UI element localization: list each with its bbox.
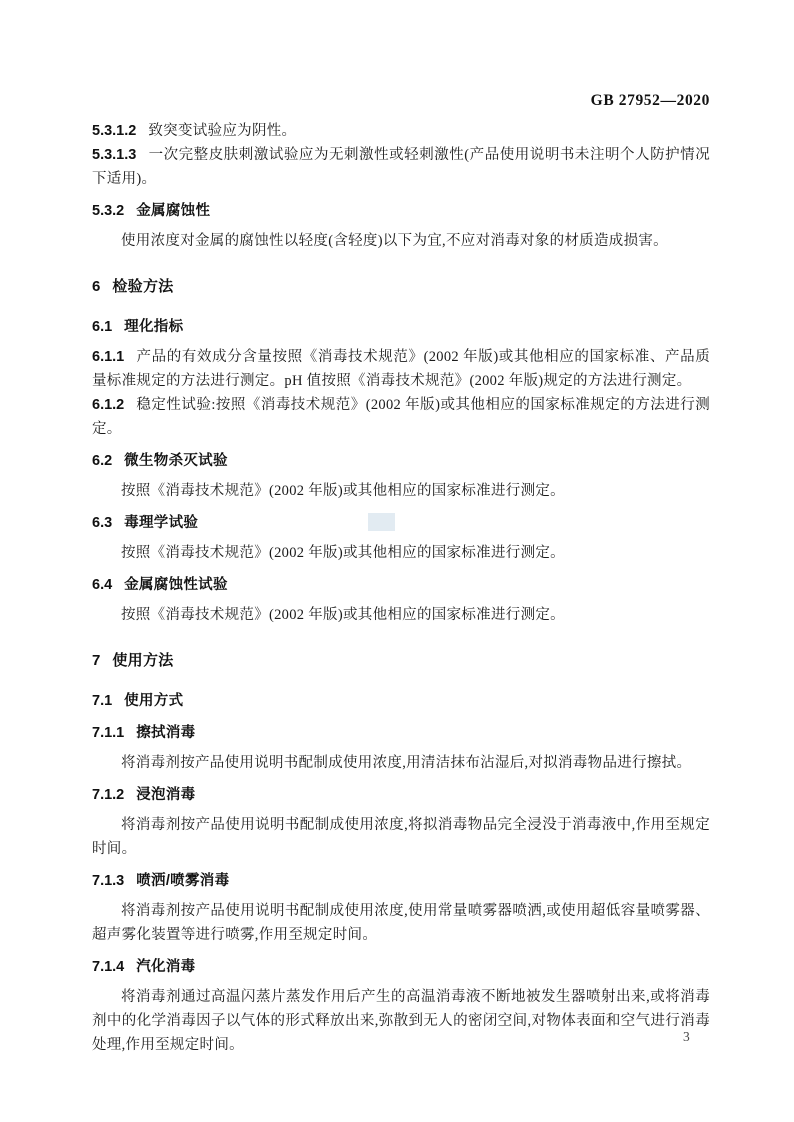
clause-number: 7.1: [92, 689, 112, 713]
body-text: 将消毒剂按产品使用说明书配制成使用浓度,用清洁抹布沾湿后,对拟消毒物品进行擦拭。: [121, 755, 691, 771]
paragraph-23: 将消毒剂通过高温闪蒸片蒸发作用后产生的高温消毒液不断地被发生器喷射出来,或将消毒…: [92, 985, 710, 1057]
heading-text: 检验方法: [112, 278, 173, 295]
paragraph-21: 将消毒剂按产品使用说明书配制成使用浓度,使用常量喷雾器喷洒,或使用超低容量喷雾器…: [92, 899, 710, 947]
heading-text: 理化指标: [124, 319, 183, 335]
clause-number: 6.1.1: [92, 345, 124, 369]
heading-text: 使用方式: [124, 693, 183, 709]
clause-number: 6.3: [92, 511, 112, 535]
body-text: 将消毒剂按产品使用说明书配制成使用浓度,使用常量喷雾器喷洒,或使用超低容量喷雾器…: [92, 903, 710, 943]
body-text: 产品的有效成分含量按照《消毒技术规范》(2002 年版)或其他相应的国家标准、产…: [92, 349, 710, 389]
clause-number: 6: [92, 275, 100, 299]
body-text: 一次完整皮肤刺激试验应为无刺激性或轻刺激性(产品使用说明书未注明个人防护情况下适…: [92, 147, 710, 187]
block-7-1-4: 7.1.4汽化消毒: [92, 955, 710, 979]
block-5-3-2: 5.3.2金属腐蚀性: [92, 199, 710, 223]
document-page: GB 27952—2020 5.3.1.2致突变试验应为阴性。5.3.1.3一次…: [0, 0, 794, 1122]
heading-text: 微生物杀灭试验: [124, 453, 228, 469]
document-body: 5.3.1.2致突变试验应为阴性。5.3.1.3一次完整皮肤刺激试验应为无刺激性…: [92, 119, 710, 1063]
paragraph-11: 按照《消毒技术规范》(2002 年版)或其他相应的国家标准进行测定。: [92, 541, 710, 565]
body-text: 按照《消毒技术规范》(2002 年版)或其他相应的国家标准进行测定。: [121, 483, 565, 499]
heading-text: 喷洒/喷雾消毒: [136, 873, 229, 889]
clause-number: 5.3.1.2: [92, 119, 136, 143]
clause-number: 7: [92, 649, 100, 673]
standard-number-header: GB 27952—2020: [591, 92, 710, 110]
heading-text: 金属腐蚀性: [136, 203, 210, 219]
paragraph-19: 将消毒剂按产品使用说明书配制成使用浓度,将拟消毒物品完全浸没于消毒液中,作用至规…: [92, 813, 710, 861]
heading-text: 浸泡消毒: [136, 787, 195, 803]
clause-number: 7.1.4: [92, 955, 124, 979]
block-6-1-1: 6.1.1产品的有效成分含量按照《消毒技术规范》(2002 年版)或其他相应的国…: [92, 345, 710, 393]
block-7: 7使用方法: [92, 649, 710, 673]
clause-number: 7.1.1: [92, 721, 124, 745]
clause-number: 6.1.2: [92, 393, 124, 417]
body-text: 稳定性试验:按照《消毒技术规范》(2002 年版)或其他相应的国家标准规定的方法…: [92, 397, 710, 437]
clause-number: 7.1.2: [92, 783, 124, 807]
page-number: 3: [683, 1029, 690, 1045]
body-text: 按照《消毒技术规范》(2002 年版)或其他相应的国家标准进行测定。: [121, 607, 565, 623]
clause-number: 7.1.3: [92, 869, 124, 893]
block-6-3: 6.3毒理学试验: [92, 511, 710, 535]
block-6-1-2: 6.1.2稳定性试验:按照《消毒技术规范》(2002 年版)或其他相应的国家标准…: [92, 393, 710, 441]
clause-number: 5.3.1.3: [92, 143, 136, 167]
body-text: 使用浓度对金属的腐蚀性以轻度(含轻度)以下为宜,不应对消毒对象的材质造成损害。: [121, 233, 668, 249]
clause-number: 6.4: [92, 573, 112, 597]
block-5-3-1-2: 5.3.1.2致突变试验应为阴性。: [92, 119, 710, 143]
block-6-4: 6.4金属腐蚀性试验: [92, 573, 710, 597]
heading-text: 汽化消毒: [136, 959, 195, 975]
block-7-1-2: 7.1.2浸泡消毒: [92, 783, 710, 807]
paragraph-9: 按照《消毒技术规范》(2002 年版)或其他相应的国家标准进行测定。: [92, 479, 710, 503]
paragraph-13: 按照《消毒技术规范》(2002 年版)或其他相应的国家标准进行测定。: [92, 603, 710, 627]
body-text: 按照《消毒技术规范》(2002 年版)或其他相应的国家标准进行测定。: [121, 545, 565, 561]
paragraph-3: 使用浓度对金属的腐蚀性以轻度(含轻度)以下为宜,不应对消毒对象的材质造成损害。: [92, 229, 710, 253]
body-text: 将消毒剂通过高温闪蒸片蒸发作用后产生的高温消毒液不断地被发生器喷射出来,或将消毒…: [92, 989, 710, 1053]
clause-number: 6.1: [92, 315, 112, 339]
block-5-3-1-3: 5.3.1.3一次完整皮肤刺激试验应为无刺激性或轻刺激性(产品使用说明书未注明个…: [92, 143, 710, 191]
heading-text: 擦拭消毒: [136, 725, 195, 741]
block-6: 6检验方法: [92, 275, 710, 299]
block-6-2: 6.2微生物杀灭试验: [92, 449, 710, 473]
heading-text: 金属腐蚀性试验: [124, 577, 228, 593]
heading-text: 使用方法: [112, 652, 173, 669]
heading-text: 毒理学试验: [124, 515, 198, 531]
body-text: 将消毒剂按产品使用说明书配制成使用浓度,将拟消毒物品完全浸没于消毒液中,作用至规…: [92, 817, 710, 857]
paragraph-17: 将消毒剂按产品使用说明书配制成使用浓度,用清洁抹布沾湿后,对拟消毒物品进行擦拭。: [92, 751, 710, 775]
block-6-1: 6.1理化指标: [92, 315, 710, 339]
clause-number: 5.3.2: [92, 199, 124, 223]
block-7-1: 7.1使用方式: [92, 689, 710, 713]
body-text: 致突变试验应为阴性。: [148, 123, 296, 139]
clause-number: 6.2: [92, 449, 112, 473]
block-7-1-3: 7.1.3喷洒/喷雾消毒: [92, 869, 710, 893]
block-7-1-1: 7.1.1擦拭消毒: [92, 721, 710, 745]
